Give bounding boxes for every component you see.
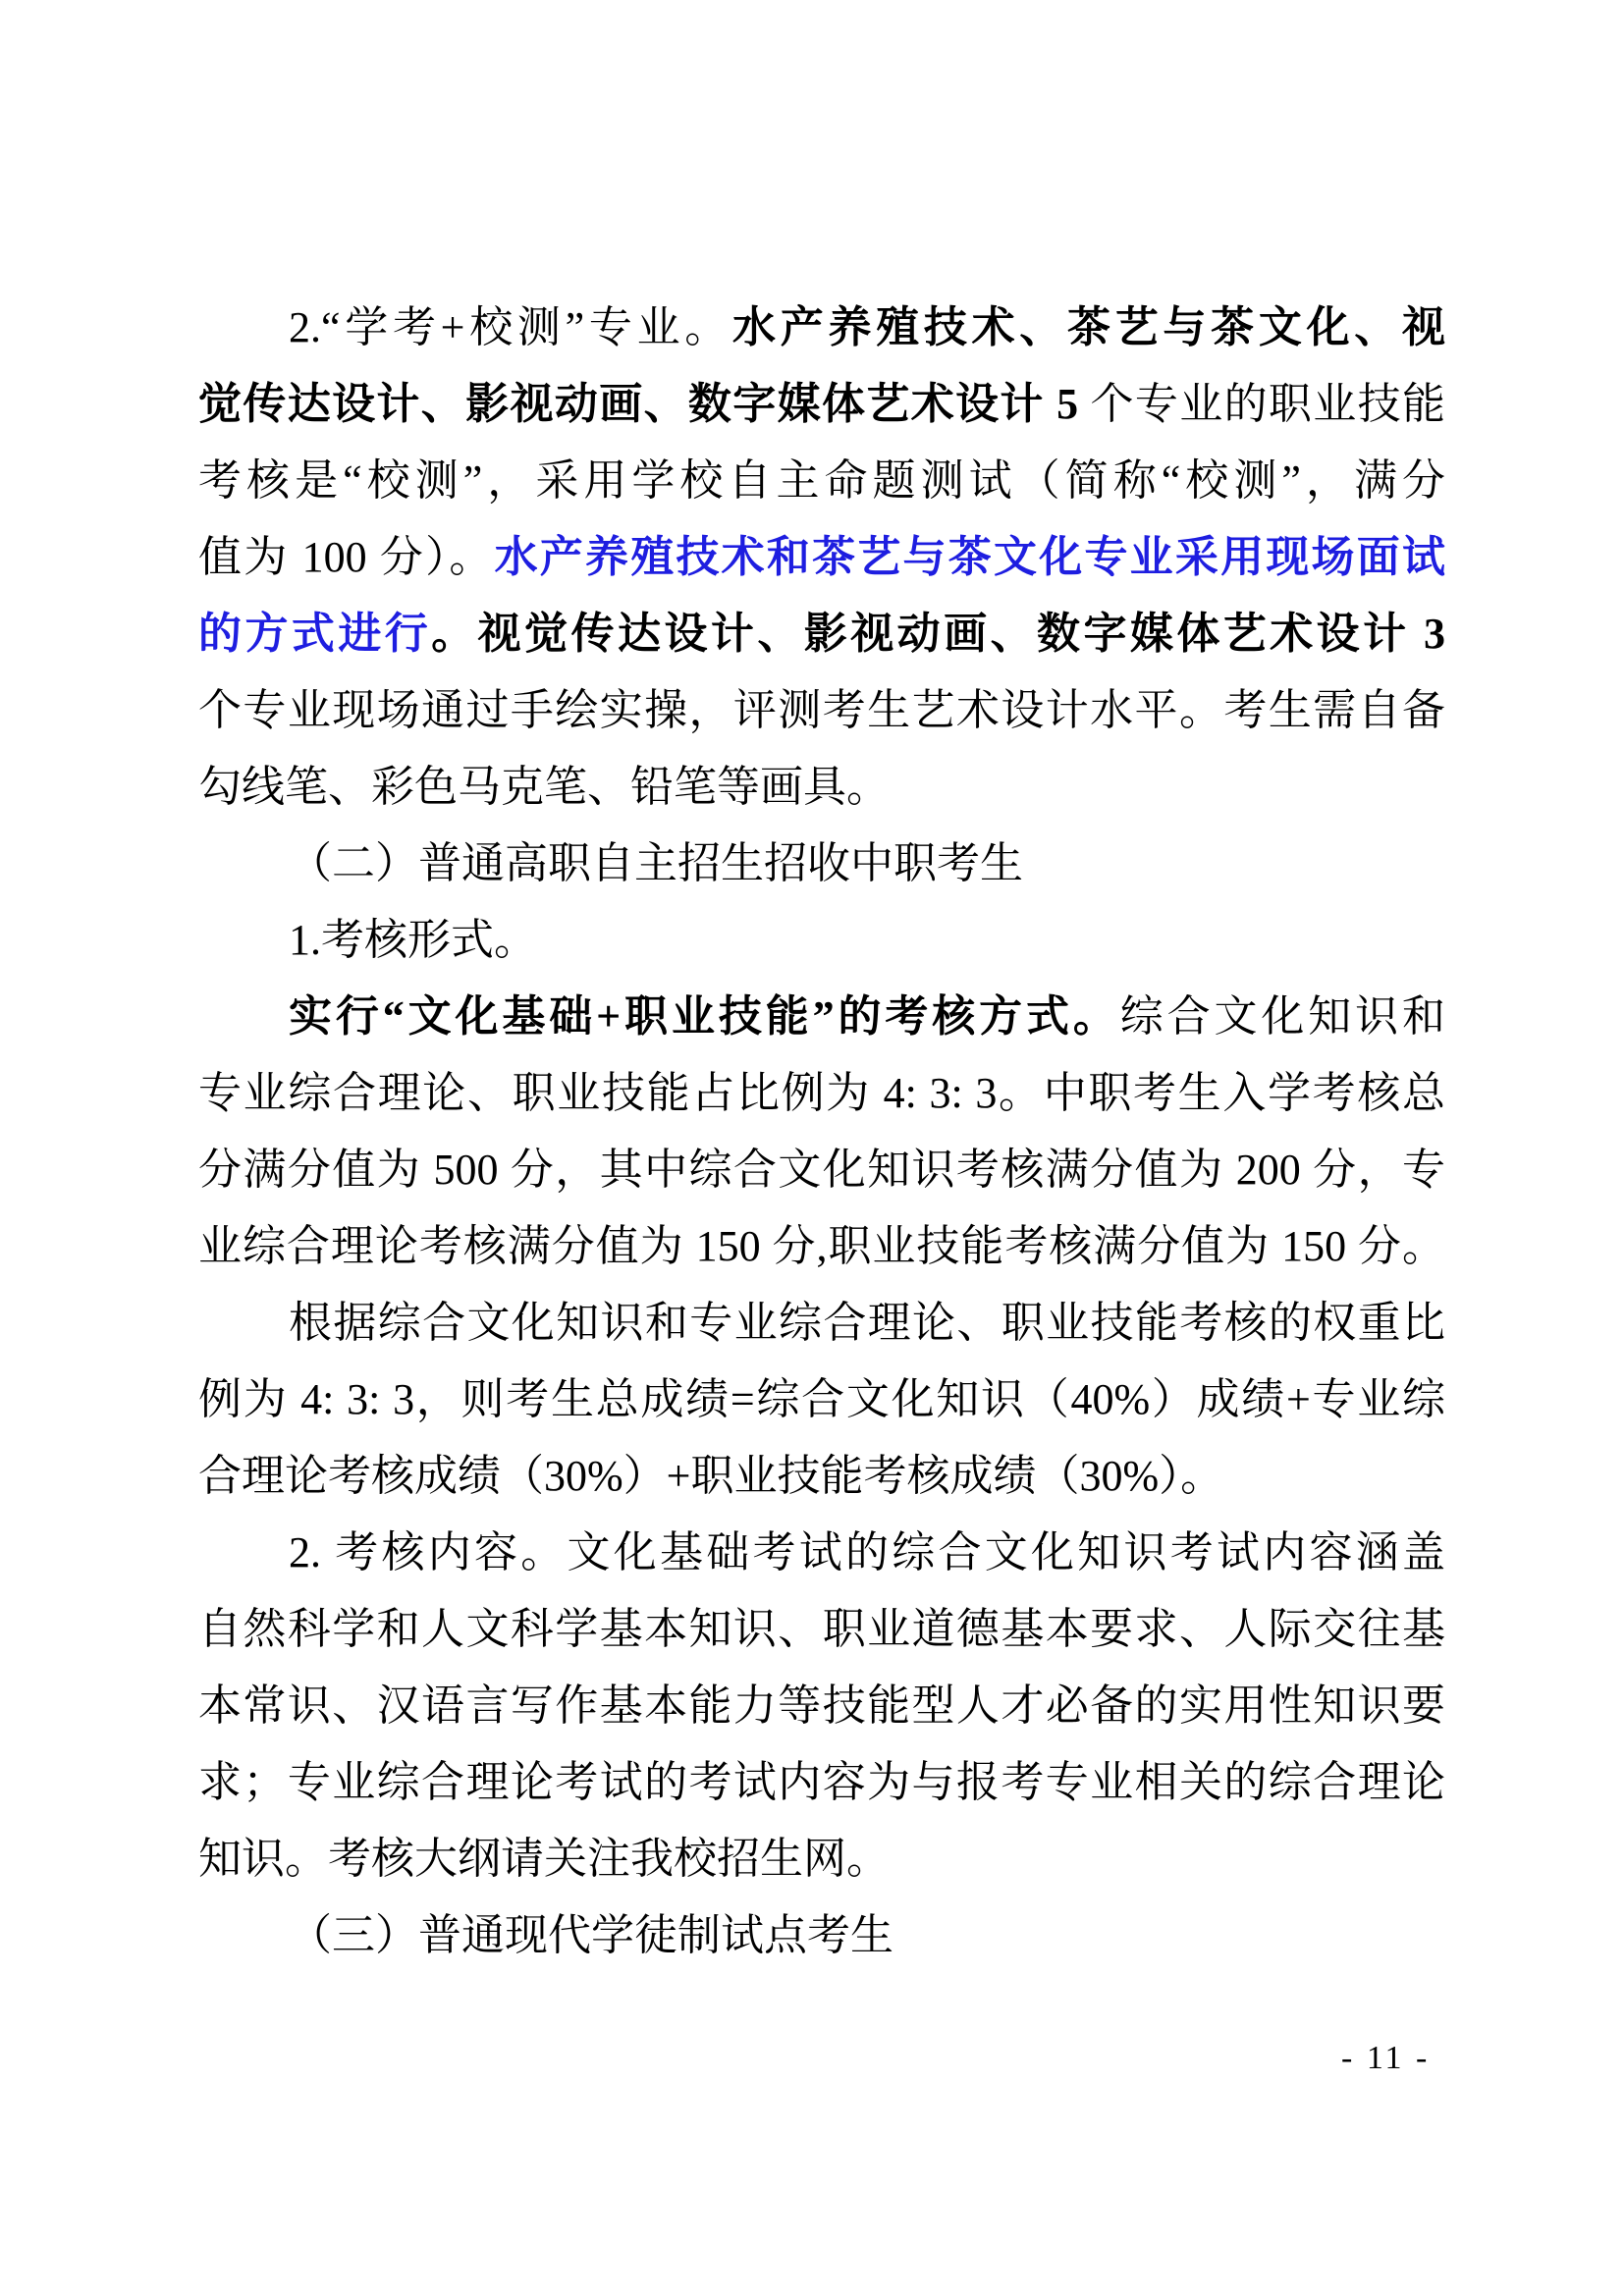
document-line: 勾线笔、彩色马克笔、铅笔等画具。: [198, 749, 1445, 826]
text-segment: 求；专业综合理论考试的考试内容为与报考专业相关的综合理论: [198, 1758, 1445, 1806]
text-segment: 值为 100 分）。: [198, 533, 495, 581]
text-segment: 综合文化知识和: [1120, 992, 1445, 1041]
text-segment: 知识。考核大纲请关注我校招生网。: [198, 1835, 890, 1883]
text-segment: 勾线笔、彩色马克笔、铅笔等画具。: [198, 763, 890, 811]
document-line: 求；专业综合理论考试的考试内容为与报考专业相关的综合理论: [198, 1744, 1445, 1821]
document-line: 2. 考核内容。文化基础考试的综合文化知识考试内容涵盖: [198, 1515, 1445, 1591]
text-segment: 水产养殖技术和茶艺与茶文化专业采用现场面试: [495, 533, 1445, 581]
text-segment: 水产养殖技术、茶艺与茶文化、视: [732, 303, 1445, 351]
text-segment: 业综合理论考核满分值为 150 分,职业技能考核满分值为 150 分。: [198, 1222, 1445, 1270]
text-segment: （三）普通现代学徒制试点考生: [289, 1911, 893, 1959]
document-line: 专业综合理论、职业技能占比例为 4: 3: 3。中职考生入学考核总: [198, 1055, 1445, 1132]
document-page: 2.“学考+校测”专业。水产养殖技术、茶艺与茶文化、视觉传达设计、影视动画、数字…: [0, 0, 1624, 2296]
text-segment: （二）普通高职自主招生招收中职考生: [289, 839, 1023, 887]
document-line: 本常识、汉语言写作基本能力等技能型人才必备的实用性知识要: [198, 1668, 1445, 1744]
text-segment: 考核是“校测”，采用学校自主命题测试（简称“校测”，满分: [198, 456, 1445, 505]
document-line: 业综合理论考核满分值为 150 分,职业技能考核满分值为 150 分。: [198, 1208, 1445, 1285]
text-segment: 自然科学和人文科学基本知识、职业道德基本要求、人际交往基: [198, 1605, 1445, 1653]
text-segment: 的方式进行: [198, 610, 431, 658]
document-line: 考核是“校测”，采用学校自主命题测试（简称“校测”，满分: [198, 443, 1445, 519]
document-line: 分满分值为 500 分，其中综合文化知识考核满分值为 200 分，专: [198, 1132, 1445, 1208]
document-line: 根据综合文化知识和专业综合理论、职业技能考核的权重比: [198, 1285, 1445, 1362]
document-line: 合理论考核成绩（30%）+职业技能考核成绩（30%）。: [198, 1438, 1445, 1515]
page-number: - 11 -: [1341, 2040, 1430, 2077]
text-segment: 。视觉传达设计、影视动画、数字媒体艺术设计 3: [431, 610, 1445, 658]
document-line: 知识。考核大纲请关注我校招生网。: [198, 1821, 1445, 1897]
document-body: 2.“学考+校测”专业。水产养殖技术、茶艺与茶文化、视觉传达设计、影视动画、数字…: [198, 290, 1445, 1974]
text-segment: 个专业现场通过手绘实操，评测考生艺术设计水平。考生需自备: [198, 686, 1445, 734]
text-segment: 2.“学考+校测”专业。: [289, 303, 732, 351]
document-line: 自然科学和人文科学基本知识、职业道德基本要求、人际交往基: [198, 1591, 1445, 1668]
document-line: 的方式进行。视觉传达设计、影视动画、数字媒体艺术设计 3: [198, 596, 1445, 672]
document-line: 觉传达设计、影视动画、数字媒体艺术设计 5 个专业的职业技能: [198, 366, 1445, 443]
document-line: 值为 100 分）。水产养殖技术和茶艺与茶文化专业采用现场面试: [198, 519, 1445, 596]
document-line: 个专业现场通过手绘实操，评测考生艺术设计水平。考生需自备: [198, 672, 1445, 749]
document-line: 例为 4: 3: 3，则考生总成绩=综合文化知识（40%）成绩+专业综: [198, 1362, 1445, 1438]
text-segment: 2. 考核内容。文化基础考试的综合文化知识考试内容涵盖: [289, 1528, 1445, 1576]
document-line: 实行“文化基础+职业技能”的考核方式。综合文化知识和: [198, 979, 1445, 1055]
text-segment: 例为 4: 3: 3，则考生总成绩=综合文化知识（40%）成绩+专业综: [198, 1375, 1445, 1423]
text-segment: 实行“文化基础+职业技能”的考核方式。: [289, 992, 1120, 1041]
text-segment: 本常识、汉语言写作基本能力等技能型人才必备的实用性知识要: [198, 1682, 1445, 1730]
document-line: （二）普通高职自主招生招收中职考生: [198, 826, 1445, 902]
text-segment: 合理论考核成绩（30%）+职业技能考核成绩（30%）。: [198, 1452, 1223, 1500]
document-line: 1.考核形式。: [198, 902, 1445, 979]
text-segment: 分满分值为 500 分，其中综合文化知识考核满分值为 200 分，专: [198, 1146, 1445, 1194]
text-segment: 觉传达设计、影视动画、数字媒体艺术设计 5: [198, 380, 1091, 428]
text-segment: 专业综合理论、职业技能占比例为 4: 3: 3。中职考生入学考核总: [198, 1069, 1445, 1117]
text-segment: 个专业的职业技能: [1091, 380, 1446, 428]
document-line: 2.“学考+校测”专业。水产养殖技术、茶艺与茶文化、视: [198, 290, 1445, 366]
document-line: （三）普通现代学徒制试点考生: [198, 1897, 1445, 1974]
text-segment: 1.考核形式。: [289, 916, 537, 964]
text-segment: 根据综合文化知识和专业综合理论、职业技能考核的权重比: [289, 1299, 1445, 1347]
